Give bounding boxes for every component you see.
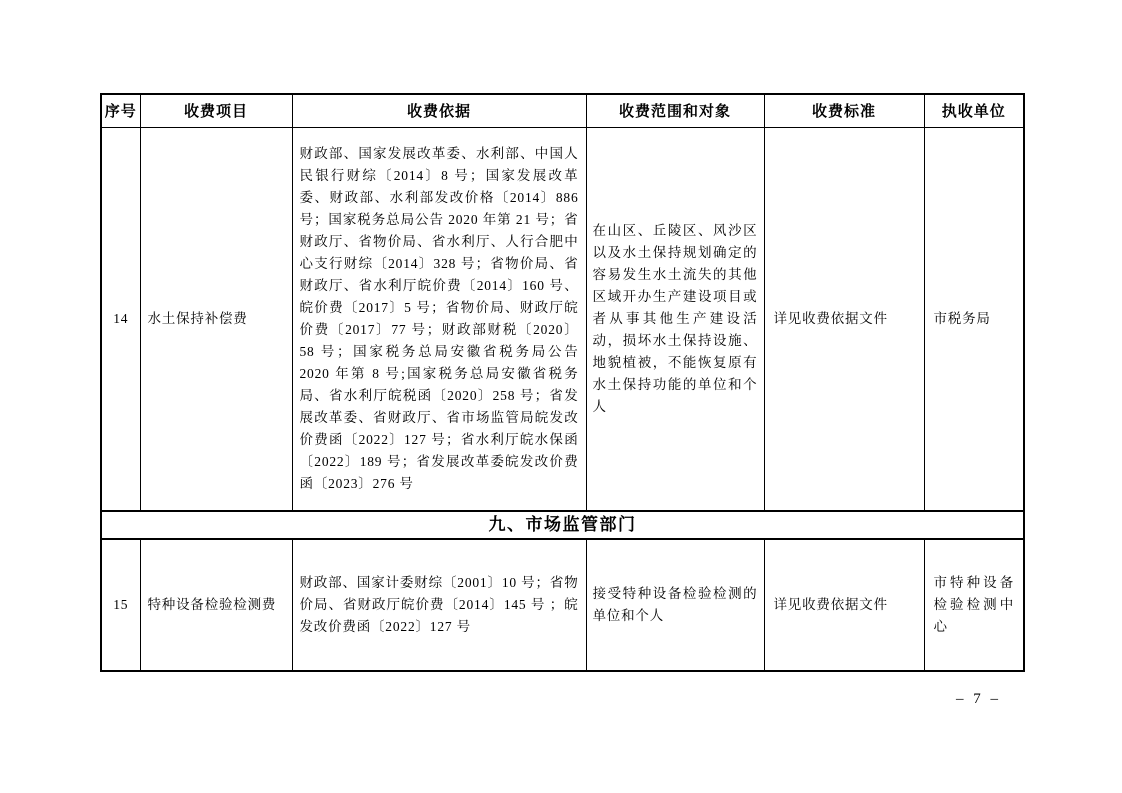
cell-fee-basis: 财政部、国家计委财综〔2001〕10 号；省物价局、省财政厅皖价费〔2014〕1… [292,539,586,671]
column-header-fee-item: 收费项目 [140,94,292,127]
cell-fee-standard: 详见收费依据文件 [764,127,924,511]
document-page: 序号 收费项目 收费依据 收费范围和对象 收费标准 执收单位 14 水土保持补偿… [0,0,1122,793]
column-header-collecting-unit: 执收单位 [924,94,1024,127]
table-row-14: 14 水土保持补偿费 财政部、国家发展改革委、水利部、中国人民银行财综〔2014… [101,127,1024,511]
page-number: – 7 – [956,691,1001,708]
table-header-row: 序号 收费项目 收费依据 收费范围和对象 收费标准 执收单位 [101,94,1024,127]
cell-serial-no: 15 [101,539,140,671]
cell-fee-basis: 财政部、国家发展改革委、水利部、中国人民银行财综〔2014〕8 号；国家发展改革… [292,127,586,511]
cell-fee-scope: 在山区、丘陵区、风沙区以及水土保持规划确定的容易发生水土流失的其他区域开办生产建… [586,127,764,511]
section-header-title: 九、市场监管部门 [101,511,1024,539]
column-header-fee-basis: 收费依据 [292,94,586,127]
cell-fee-scope: 接受特种设备检验检测的单位和个人 [586,539,764,671]
column-header-fee-scope: 收费范围和对象 [586,94,764,127]
cell-fee-item: 水土保持补偿费 [140,127,292,511]
column-header-serial-no: 序号 [101,94,140,127]
cell-serial-no: 14 [101,127,140,511]
cell-collecting-unit: 市特种设备检验检测中心 [924,539,1024,671]
cell-fee-standard: 详见收费依据文件 [764,539,924,671]
section-header-row: 九、市场监管部门 [101,511,1024,539]
column-header-fee-standard: 收费标准 [764,94,924,127]
cell-collecting-unit: 市税务局 [924,127,1024,511]
table-row-15: 15 特种设备检验检测费 财政部、国家计委财综〔2001〕10 号；省物价局、省… [101,539,1024,671]
fee-schedule-table: 序号 收费项目 收费依据 收费范围和对象 收费标准 执收单位 14 水土保持补偿… [100,93,1025,672]
cell-fee-item: 特种设备检验检测费 [140,539,292,671]
